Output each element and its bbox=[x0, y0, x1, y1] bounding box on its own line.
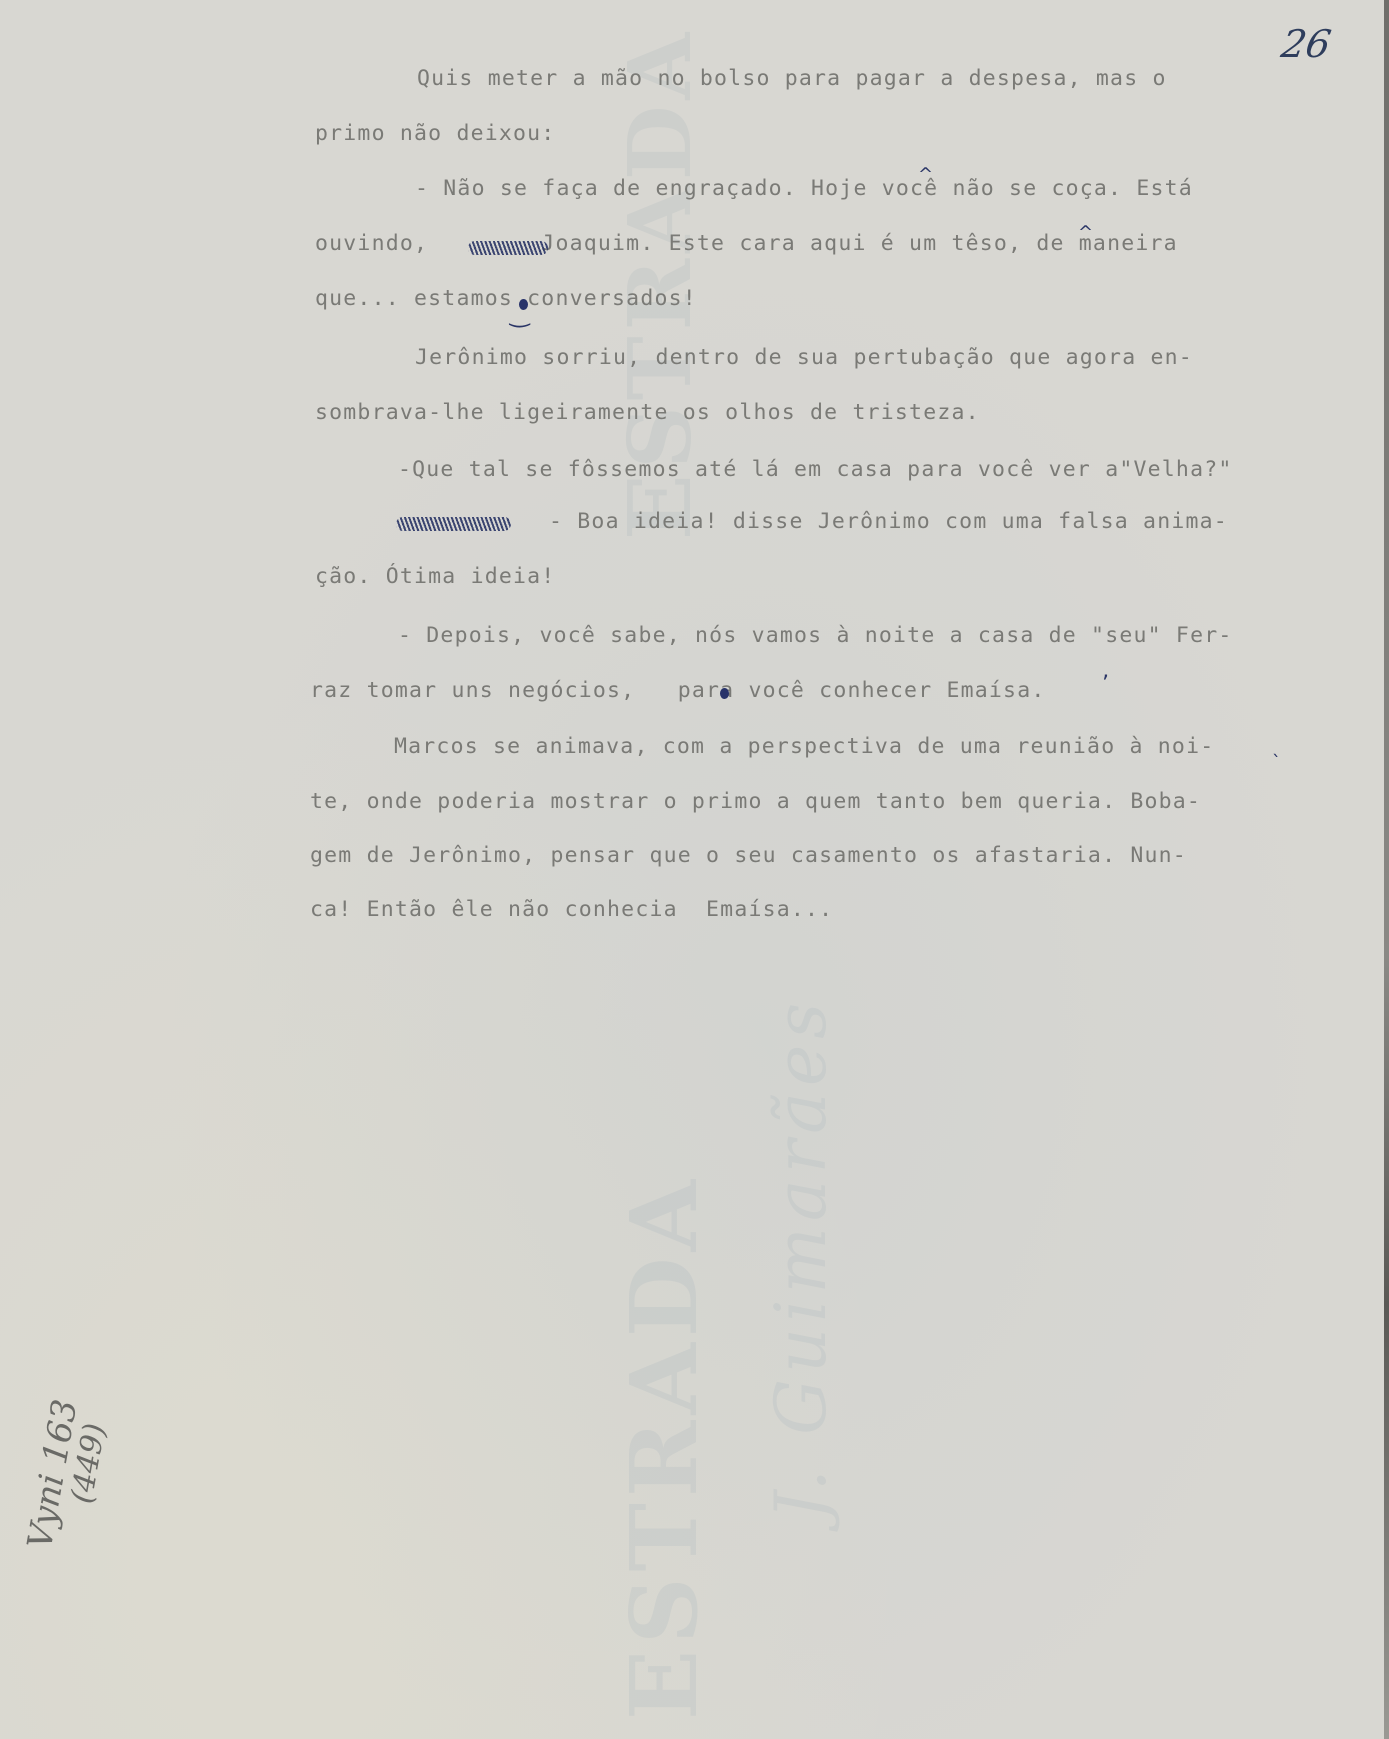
handwritten-page-number: 26 bbox=[1278, 22, 1334, 66]
text-line-15: gem de Jerônimo, pensar que o seu casame… bbox=[310, 845, 1187, 867]
text-line-12: raz tomar uns negócios, para você conhec… bbox=[310, 680, 1046, 702]
typewritten-body: Quis meter a mão no bolso para pagar a d… bbox=[0, 0, 57, 450]
ink-strikeout-line-4 bbox=[468, 241, 548, 255]
page-edge-shadow bbox=[1384, 0, 1389, 1739]
text-line-14: te, onde poderia mostrar o primo a quem … bbox=[310, 791, 1201, 813]
archival-margin-note: Vyni 163 (449) bbox=[20, 1396, 116, 1557]
ink-caret-line-5: ‿ bbox=[510, 300, 529, 328]
watermark-stamp-bottom: ESTRADA bbox=[610, 1174, 718, 1720]
text-line-5: que... estamos conversados! bbox=[315, 288, 697, 310]
ink-accent-reuniao: ` bbox=[1272, 752, 1281, 773]
text-line-9: - Boa ideia! disse Jerônimo com uma fals… bbox=[549, 511, 1228, 533]
ink-accent-teso: ^ bbox=[1078, 222, 1093, 243]
text-line-6: Jerônimo sorriu, dentro de sua pertubaçã… bbox=[415, 347, 1193, 369]
watermark-signature: J. Guimarães bbox=[760, 997, 842, 1520]
ink-accent-emaisa: ’ bbox=[1102, 672, 1109, 697]
text-line-11: - Depois, você sabe, nós vamos à noite a… bbox=[398, 625, 1233, 647]
document-page: ESTRADA ESTRADA J. Guimarães 26 Quis met… bbox=[0, 0, 1384, 1739]
text-line-10: ção. Ótima ideia! bbox=[315, 566, 555, 588]
text-line-16: ca! Então êle não conhecia Emaísa... bbox=[310, 899, 833, 921]
ink-dot-line-12 bbox=[720, 688, 729, 699]
text-line-4: ouvindo, Joaquim. Este cara aqui é um tê… bbox=[315, 233, 1178, 255]
text-line-8: -Que tal se fôssemos até lá em casa para… bbox=[398, 459, 1233, 481]
text-line-2: primo não deixou: bbox=[315, 123, 555, 145]
ink-accent-voce: ^ bbox=[918, 164, 933, 185]
text-line-13: Marcos se animava, com a perspectiva de … bbox=[394, 736, 1214, 758]
text-line-1: Quis meter a mão no bolso para pagar a d… bbox=[417, 68, 1167, 90]
text-line-7: sombrava-lhe ligeiramente os olhos de tr… bbox=[315, 402, 980, 424]
text-line-3: - Não se faça de engraçado. Hoje você nã… bbox=[415, 178, 1193, 200]
ink-strikeout-line-9 bbox=[396, 517, 511, 531]
